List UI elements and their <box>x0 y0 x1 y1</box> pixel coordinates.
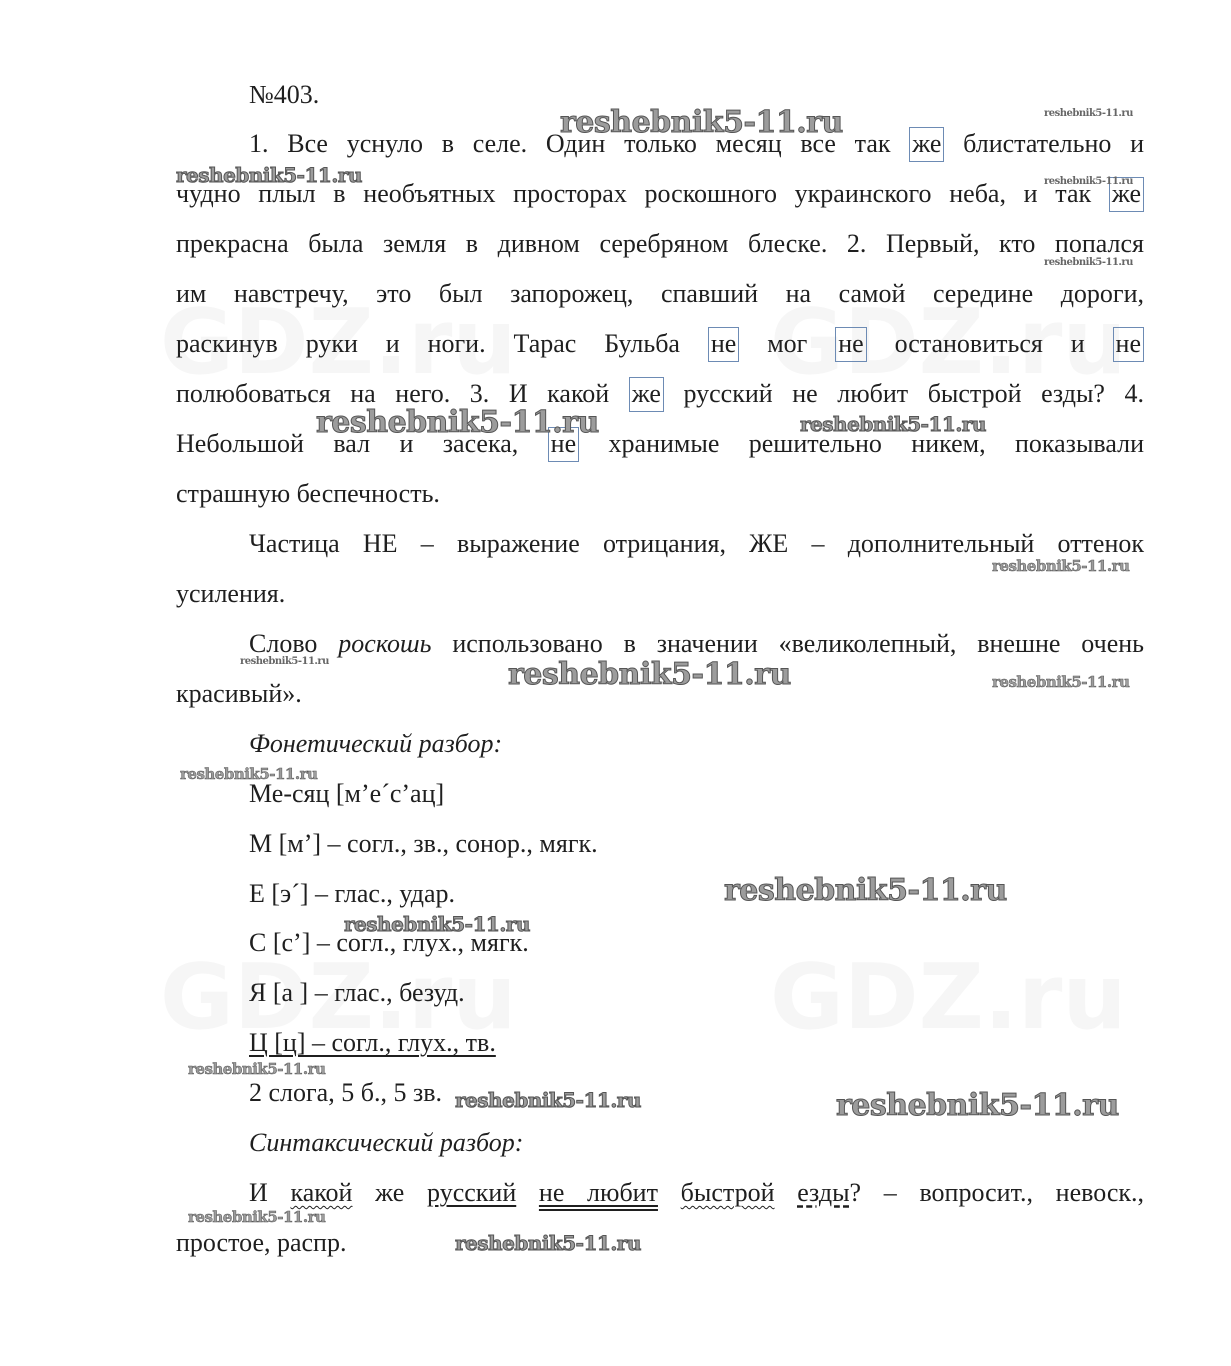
phonetic-word: Ме-сяц [м’е´с’ац] <box>249 779 1144 809</box>
syntax-word: не любит <box>539 1178 658 1207</box>
particle-box: не <box>708 327 739 362</box>
phonetic-sound: М [м’] – согл., зв., сонор., мягк. <box>249 829 1144 859</box>
watermark: reshebnik5-11.ru <box>188 1060 325 1078</box>
particle-box: не <box>1113 327 1144 362</box>
watermark: reshebnik5-11.ru <box>316 405 599 440</box>
watermark: reshebnik5-11.ru <box>800 412 986 436</box>
italic-word: роскошь <box>338 629 431 658</box>
phonetic-sound-last: Ц [ц] – согл., глух., тв. <box>249 1028 1144 1058</box>
particle-box: не <box>835 327 866 362</box>
syntax-word: русский <box>427 1178 516 1207</box>
syntax-heading: Синтаксический разбор: <box>249 1128 1144 1158</box>
syntax-word: быстрой <box>681 1178 775 1207</box>
watermark: reshebnik5-11.ru <box>992 557 1129 575</box>
paragraph2-line: Частица НЕ – выражение отрицания, ЖЕ – д… <box>249 529 1144 559</box>
phonetic-sound: Я [а ] – глас., безуд. <box>249 978 1144 1008</box>
watermark: reshebnik5-11.ru <box>836 1088 1119 1123</box>
syntax-tail: ? – вопросит., невоск., <box>850 1178 1144 1207</box>
syntax-word: какой <box>290 1178 352 1207</box>
watermark: reshebnik5-11.ru <box>560 105 843 140</box>
watermark: reshebnik5-11.ru <box>455 1231 641 1255</box>
watermark: reshebnik5-11.ru <box>240 656 329 667</box>
syntax-word: езды <box>797 1178 849 1207</box>
watermark: reshebnik5-11.ru <box>992 673 1129 691</box>
syntax-word: же <box>375 1178 404 1207</box>
paragraph1-line: прекрасна была земля в дивном серебряном… <box>176 229 1144 259</box>
paragraph1-line: раскинув руки и ноги. Тарас Бульба не мо… <box>176 329 1144 359</box>
phonetic-heading: Фонетический разбор: <box>249 729 1144 759</box>
watermark: reshebnik5-11.ru <box>176 163 362 187</box>
paragraph1-line: им навстречу, это был запорожец, спавший… <box>176 279 1144 309</box>
watermark: reshebnik5-11.ru <box>455 1088 641 1112</box>
watermark: reshebnik5-11.ru <box>508 657 791 692</box>
particle-box: же <box>909 127 944 162</box>
document-page: GDZ.ru GDZ.ru GDZ.ru GDZ.ru №403. 1. Все… <box>0 0 1231 1366</box>
paragraph3-line: Слово роскошь использовано в значении «в… <box>249 629 1144 659</box>
watermark: reshebnik5-11.ru <box>180 765 317 783</box>
paragraph2-line: усиления. <box>176 579 1144 609</box>
watermark: reshebnik5-11.ru <box>724 873 1007 908</box>
particle-box: же <box>629 377 664 412</box>
phonetic-sound: Е [э´] – глас., удар. <box>249 879 1144 909</box>
syntax-word: И <box>249 1178 268 1207</box>
watermark: reshebnik5-11.ru <box>1044 176 1133 187</box>
watermark: reshebnik5-11.ru <box>344 912 530 936</box>
watermark: reshebnik5-11.ru <box>188 1208 325 1226</box>
syntax-line2: простое, распр. <box>176 1228 1144 1258</box>
syntax-sentence: И какой же русский не любит быстрой езды… <box>249 1178 1144 1208</box>
paragraph1-line: страшную беспечность. <box>176 479 1144 509</box>
watermark: reshebnik5-11.ru <box>1044 108 1133 119</box>
watermark: reshebnik5-11.ru <box>1044 257 1133 268</box>
